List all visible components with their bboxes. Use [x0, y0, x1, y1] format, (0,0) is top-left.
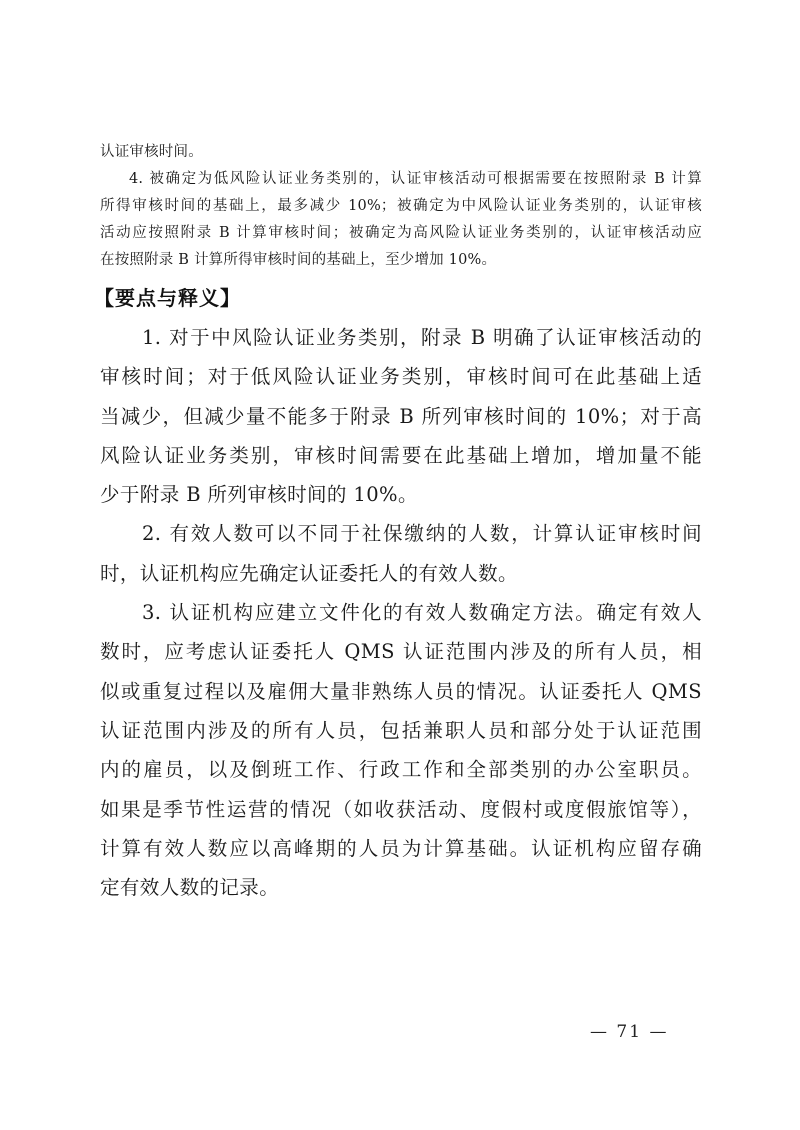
paragraph-2: 2. 有效人数可以不同于社保缴纳的人数，计算认证审核时间 时，认证机构应先确定认… [100, 514, 702, 593]
text-line: 时，认证机构应先确定认证委托人的有效人数。 [100, 554, 702, 593]
text-line: 计算有效人数应以高峰期的人员为计算基础。认证机构应留存确 [100, 829, 702, 868]
text-line: 2. 有效人数可以不同于社保缴纳的人数，计算认证审核时间 [100, 514, 702, 553]
text-line: 认证范围内涉及的所有人员，包括兼职人员和部分处于认证范围 [100, 711, 702, 750]
paragraph-3: 3. 认证机构应建立文件化的有效人数确定方法。确定有效人 数时，应考虑认证委托人… [100, 593, 702, 907]
text-line: 似或重复过程以及雇佣大量非熟练人员的情况。认证委托人 QMS [100, 672, 702, 711]
text-line: 当减少，但减少量不能多于附录 B 所列审核时间的 10%；对于高 [100, 397, 702, 436]
paragraph-1: 1. 对于中风险认证业务类别，附录 B 明确了认证审核活动的 审核时间；对于低风… [100, 318, 702, 514]
intro-line: 在按照附录 B 计算所得审核时间的基础上，至少增加 10%。 [100, 247, 702, 274]
intro-line: 活动应按照附录 B 计算审核时间；被确定为高风险认证业务类别的，认证审核活动应 [100, 220, 702, 247]
text-line: 如果是季节性运营的情况（如收获活动、度假村或度假旅馆等）， [100, 790, 702, 829]
body-text: 1. 对于中风险认证业务类别，附录 B 明确了认证审核活动的 审核时间；对于低风… [100, 318, 702, 907]
intro-text: 认证审核时间。 4. 被确定为低风险认证业务类别的，认证审核活动可根据需要在按照… [100, 139, 702, 274]
intro-line: 所得审核时间的基础上，最多减少 10%；被确定为中风险认证业务类别的，认证审核 [100, 193, 702, 220]
text-line: 审核时间；对于低风险认证业务类别，审核时间可在此基础上适 [100, 357, 702, 396]
text-line: 数时，应考虑认证委托人 QMS 认证范围内涉及的所有人员，相 [100, 632, 702, 671]
text-line: 少于附录 B 所列审核时间的 10%。 [100, 475, 702, 514]
text-line: 内的雇员，以及倒班工作、行政工作和全部类别的办公室职员。 [100, 750, 702, 789]
intro-line: 认证审核时间。 [100, 139, 702, 166]
intro-line: 4. 被确定为低风险认证业务类别的，认证审核活动可根据需要在按照附录 B 计算 [100, 166, 702, 193]
text-line: 1. 对于中风险认证业务类别，附录 B 明确了认证审核活动的 [100, 318, 702, 357]
text-line: 风险认证业务类别，审核时间需要在此基础上增加，增加量不能 [100, 436, 702, 475]
page-number: — 71 — [590, 1022, 668, 1042]
section-heading: 【要点与释义】 [94, 282, 241, 311]
text-line: 定有效人数的记录。 [100, 868, 702, 907]
text-line: 3. 认证机构应建立文件化的有效人数确定方法。确定有效人 [100, 593, 702, 632]
